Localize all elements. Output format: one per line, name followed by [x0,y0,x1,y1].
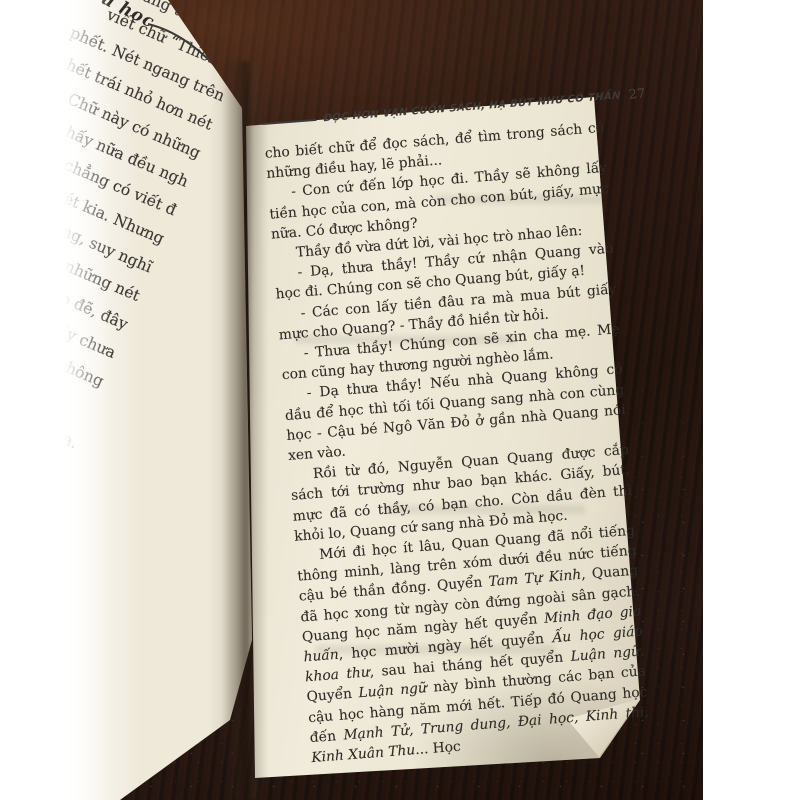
white-border-left [0,0,112,800]
header-rule [262,118,316,124]
book-photo: ểu học hi phải hàng tháng đưaviết chữ “T… [0,0,800,800]
paragraph: Mới đi học ít lâu, Quan Quang đã nổi tiế… [295,521,651,769]
book-title-italic: Luận ngữ [570,644,640,665]
book-title-italic: Luận ngữ [358,681,427,702]
paragraph-text: ... Học [415,739,462,758]
right-page-content: ĐỌC HƠN VẠN CUỐN SÁCH, HẠ BÚT NHƯ CÓ THẦ… [262,90,651,768]
right-page-body: cho biết chữ để đọc sách, để tìm trong s… [264,118,651,769]
book-title-italic: Tam Tự Kinh [488,567,582,590]
page-gutter-shadow [222,62,268,800]
page-number: 27 [620,87,646,104]
white-border-right [703,0,800,800]
